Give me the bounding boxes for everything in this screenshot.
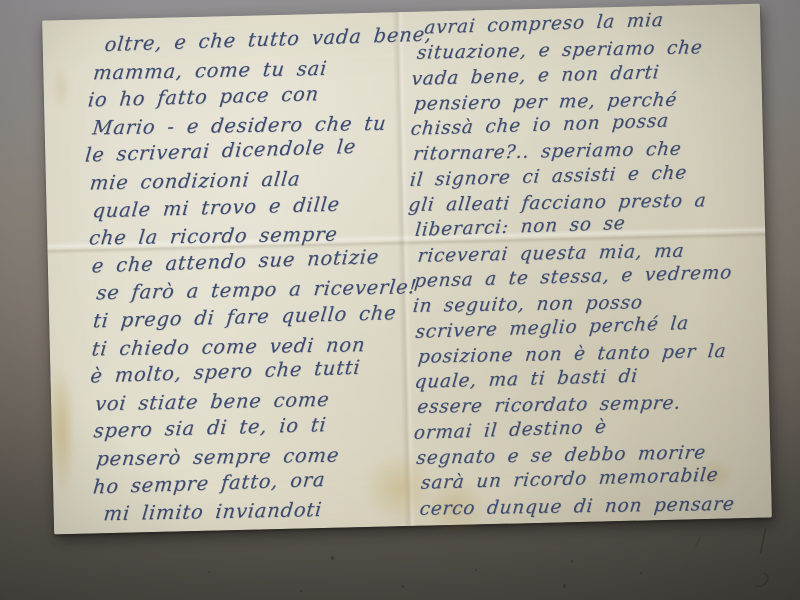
debris-speck — [331, 556, 334, 560]
debris-speck — [208, 571, 210, 573]
debris-speck — [571, 560, 573, 563]
handwritten-line: cerco dunque di non pensare — [418, 491, 763, 522]
surface-scratch — [759, 528, 766, 554]
letter-page-left: oltre, e che tutto vada bene,mamma, come… — [88, 24, 422, 528]
letter-paper: oltre, e che tutto vada bene,mamma, come… — [42, 4, 772, 535]
letter-photograph: oltre, e che tutto vada bene,mamma, come… — [0, 0, 800, 600]
debris-speck — [300, 590, 302, 592]
age-stain — [47, 56, 75, 121]
letter-page-right: avrai compreso la miasituazione, e speri… — [414, 8, 768, 522]
debris-speck — [475, 569, 477, 571]
debris-speck — [640, 572, 642, 574]
surface-mark — [748, 569, 771, 590]
debris-speck — [563, 584, 566, 588]
age-stain — [41, 336, 81, 522]
debris-speck — [402, 585, 404, 588]
surface-scratch — [694, 536, 701, 548]
